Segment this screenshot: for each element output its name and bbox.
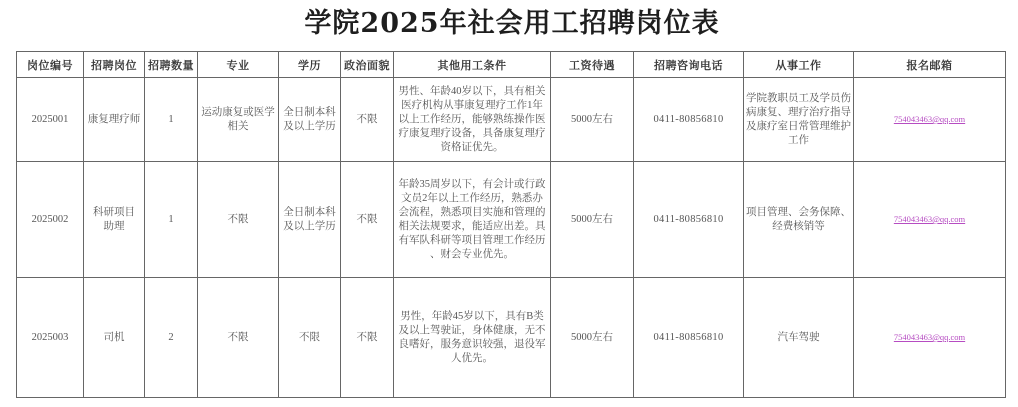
header-email: 报名邮箱 — [854, 52, 1006, 78]
other-conditions: 男性、年龄40岁以下，具有相关 医疗机构从事康复理疗工作1年 以上工作经历，能够… — [394, 78, 551, 162]
other-conditions: 男性，年龄45岁以下，具有B类 及以上驾驶证，身体健康，无不 良嗜好，服务意识较… — [394, 278, 551, 398]
table-header-row: 岗位编号 招聘岗位 招聘数量 专业 学历 政治面貌 其他用工条件 工资待遇 招聘… — [17, 52, 1006, 78]
header-political-status: 政治面貌 — [341, 52, 394, 78]
phone: 0411-80856810 — [634, 278, 744, 398]
header-salary: 工资待遇 — [551, 52, 634, 78]
position-name: 科研项目 助理 — [84, 162, 145, 278]
header-phone: 招聘咨询电话 — [634, 52, 744, 78]
major: 不限 — [198, 162, 279, 278]
email-link[interactable]: 754043463@qq.com — [894, 332, 965, 342]
header-major: 专业 — [198, 52, 279, 78]
hire-count: 1 — [145, 162, 198, 278]
position-name: 康复理疗师 — [84, 78, 145, 162]
email-cell: 754043463@qq.com — [854, 278, 1006, 398]
major: 运动康复或医学 相关 — [198, 78, 279, 162]
political-status: 不限 — [341, 278, 394, 398]
email-cell: 754043463@qq.com — [854, 78, 1006, 162]
duties: 项目管理、会务保障、 经费核销等 — [744, 162, 854, 278]
header-other-conditions: 其他用工条件 — [394, 52, 551, 78]
table-row: 2025002 科研项目 助理 1 不限 全日制本科 及以上学历 不限 年龄35… — [17, 162, 1006, 278]
education: 不限 — [279, 278, 341, 398]
header-count: 招聘数量 — [145, 52, 198, 78]
salary: 5000左右 — [551, 78, 634, 162]
page-title: 学院2025年社会用工招聘岗位表 — [0, 6, 1018, 42]
position-id: 2025003 — [17, 278, 84, 398]
position-id: 2025001 — [17, 78, 84, 162]
phone: 0411-80856810 — [634, 162, 744, 278]
major: 不限 — [198, 278, 279, 398]
education: 全日制本科 及以上学历 — [279, 162, 341, 278]
duties: 汽车驾驶 — [744, 278, 854, 398]
hire-count: 1 — [145, 78, 198, 162]
email-link[interactable]: 754043463@qq.com — [894, 214, 965, 224]
other-conditions: 年龄35周岁以下，有会计或行政 文员2年以上工作经历，熟悉办 会流程，熟悉项目实… — [394, 162, 551, 278]
email-link[interactable]: 754043463@qq.com — [894, 114, 965, 124]
salary: 5000左右 — [551, 278, 634, 398]
education: 全日制本科 及以上学历 — [279, 78, 341, 162]
table-row: 2025003 司机 2 不限 不限 不限 男性，年龄45岁以下，具有B类 及以… — [17, 278, 1006, 398]
political-status: 不限 — [341, 78, 394, 162]
salary: 5000左右 — [551, 162, 634, 278]
header-position: 招聘岗位 — [84, 52, 145, 78]
political-status: 不限 — [341, 162, 394, 278]
job-posting-table: 岗位编号 招聘岗位 招聘数量 专业 学历 政治面貌 其他用工条件 工资待遇 招聘… — [16, 51, 1006, 398]
table-row: 2025001 康复理疗师 1 运动康复或医学 相关 全日制本科 及以上学历 不… — [17, 78, 1006, 162]
phone: 0411-80856810 — [634, 78, 744, 162]
email-cell: 754043463@qq.com — [854, 162, 1006, 278]
duties: 学院教职员工及学员伤 病康复、理疗治疗指导 及康疗室日常管理维护 工作 — [744, 78, 854, 162]
position-id: 2025002 — [17, 162, 84, 278]
header-education: 学历 — [279, 52, 341, 78]
header-position-id: 岗位编号 — [17, 52, 84, 78]
position-name: 司机 — [84, 278, 145, 398]
header-duties: 从事工作 — [744, 52, 854, 78]
hire-count: 2 — [145, 278, 198, 398]
